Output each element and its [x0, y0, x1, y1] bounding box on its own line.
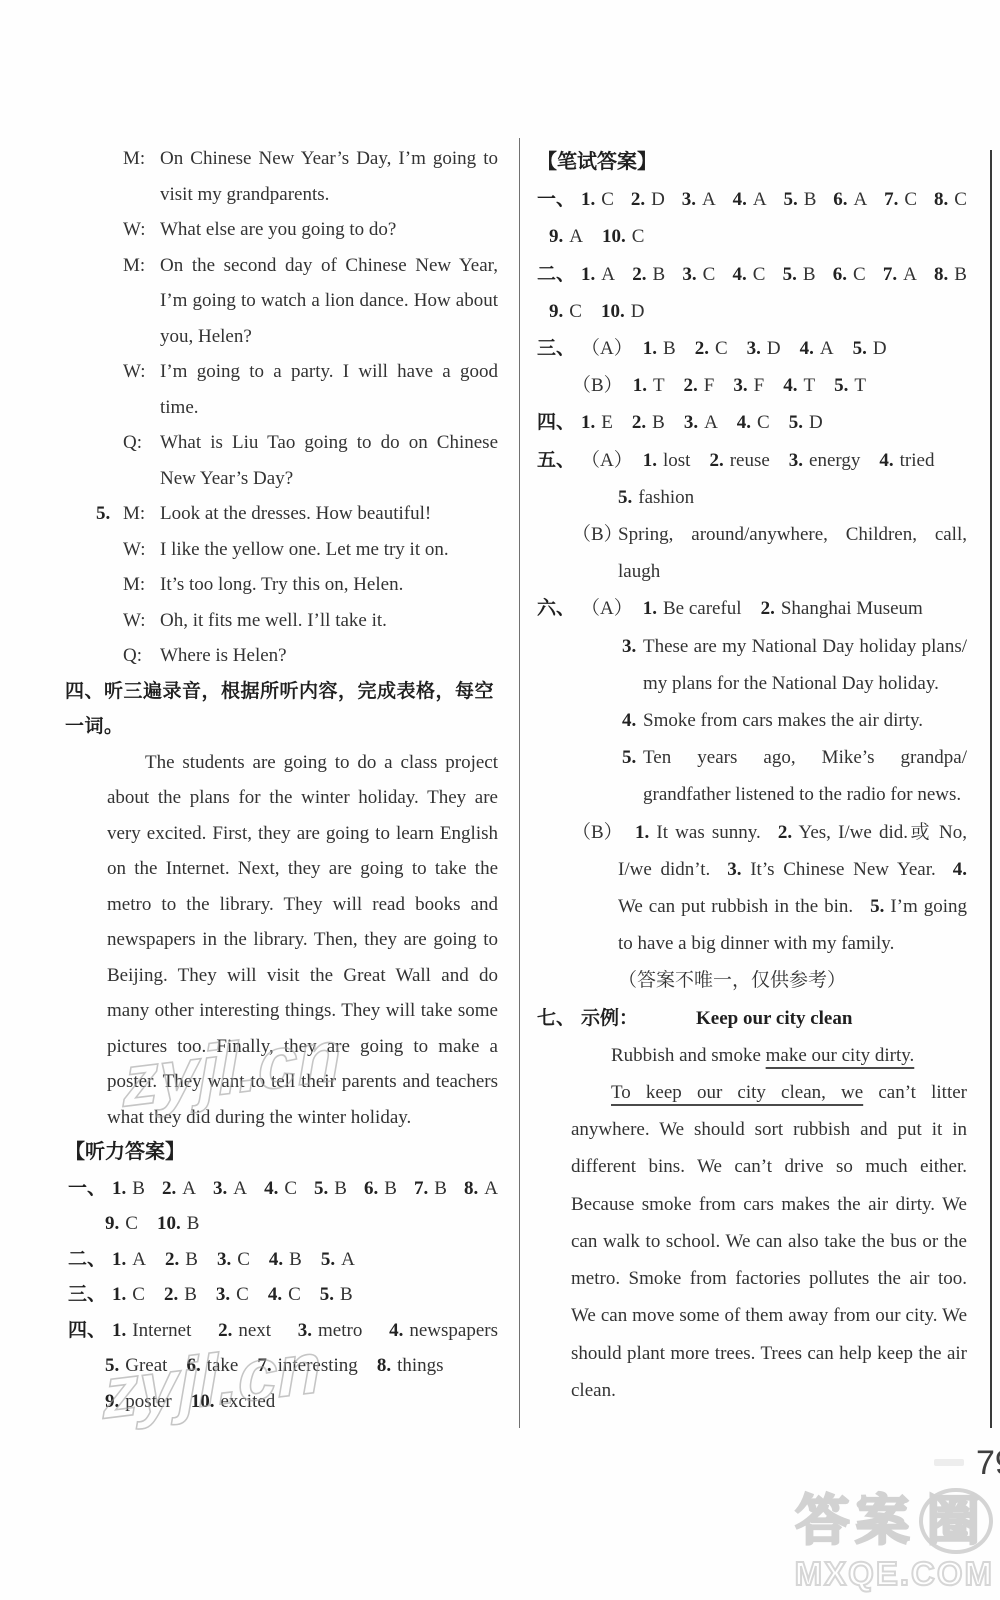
item-number: 5.: [834, 375, 848, 396]
answer-item: 2.D: [631, 181, 665, 218]
item-value: fashion: [638, 487, 694, 508]
row-enumerator: 二、: [537, 256, 575, 293]
answer-items: 1.T2.F3.F4.T5.T: [633, 367, 866, 404]
answer-item: 4.C: [732, 256, 765, 293]
answer-item: 5.D: [853, 330, 887, 367]
item-value: B: [652, 264, 665, 285]
watermark-logo-title: 答案圈: [795, 1488, 994, 1555]
answer-item: 9.C: [105, 1206, 138, 1242]
sample-label: 示例：: [581, 1000, 638, 1037]
item-value: A: [132, 1249, 146, 1270]
item-number: 2.: [684, 375, 698, 396]
item-number: 3.: [789, 450, 803, 471]
dialogue-text: On Chinese New Year’s Day, I’m going to …: [160, 148, 498, 205]
dialogue-text: Where is Helen?: [160, 645, 287, 666]
dialogue-line: M:On Chinese New Year’s Day, I’m going t…: [62, 141, 498, 212]
speaker-label: M:: [123, 248, 145, 284]
item-value: B: [434, 1178, 447, 1199]
answer-items: 1.C2.D3.A4.A5.B6.A7.C8.C: [581, 181, 967, 218]
item-number: 2.: [709, 450, 723, 471]
item-value: C: [237, 1249, 250, 1270]
item-number: 1.: [581, 189, 595, 210]
answer-row: 二、 1.A2.B3.C4.C5.B6.C7.A8.B: [537, 256, 967, 293]
item-number: 3.: [684, 412, 698, 433]
answer-items: 1.C2.B3.C4.C5.B: [112, 1277, 353, 1313]
item-value: B: [803, 264, 816, 285]
listening-answers-header: 【听力答案】: [65, 1135, 498, 1171]
essay-title: Keep our city clean: [696, 1000, 852, 1037]
segment-text: can’t litter anywhere. We should sort ru…: [571, 1082, 967, 1401]
answer-item: 5.T: [834, 367, 866, 404]
item-number: 8.: [934, 189, 948, 210]
answer-item: 8.C: [934, 181, 967, 218]
item-number: 2.: [761, 598, 775, 619]
answer-item: 6.C: [833, 256, 866, 293]
dialogue-text: On the second day of Chinese New Year, I…: [160, 255, 498, 347]
answer-item: 1.B: [112, 1171, 145, 1207]
row-enumerator: 二、: [68, 1242, 106, 1278]
answer-item: 8.B: [934, 256, 967, 293]
answer-item: 9.A: [549, 218, 583, 255]
speaker-label: Q:: [123, 638, 142, 674]
item-value: C: [288, 1284, 301, 1305]
segment-text: It’s Chinese New Year.: [742, 859, 936, 880]
answer-item: 2.reuse: [709, 442, 769, 479]
answer-row: 五、 （A） 1.lost2.reuse3.energy4.tried: [537, 442, 967, 479]
answer-item: 7.C: [884, 181, 917, 218]
answer-row-continuation: 9.C10.B: [68, 1206, 498, 1242]
item-value: C: [954, 189, 967, 210]
item-number: 1.: [112, 1320, 126, 1341]
item-value: A: [903, 264, 917, 285]
answer-item: 3.C: [682, 256, 715, 293]
answer-item: 8.A: [464, 1171, 498, 1207]
column-divider-line: [519, 138, 520, 1428]
item-value: D: [809, 412, 823, 433]
item-value: T: [653, 375, 665, 396]
answer-item: 2.B: [165, 1242, 198, 1278]
item-value: D: [873, 338, 887, 359]
text-segment: 5.: [853, 896, 884, 917]
item-value: D: [651, 189, 665, 210]
answer-items: 9.C10.B: [105, 1206, 199, 1242]
dialogue-text: Look at the dresses. How beautiful!: [160, 503, 431, 524]
dialogue-line: 5.M:Look at the dresses. How beautiful!: [62, 496, 498, 532]
sentence-text: Ten years ago, Mike’s grandpa/​grandfath…: [643, 747, 967, 805]
listening-dialogue: M:On Chinese New Year’s Day, I’m going t…: [62, 141, 498, 674]
answer-row: 三、 （A） 1.B2.C3.D4.A5.D: [537, 330, 967, 367]
answer-item: 2.C: [695, 330, 728, 367]
item-value: lost: [663, 450, 690, 471]
answer-item: 2.B: [632, 404, 665, 441]
row-enumerator: 六、: [537, 590, 575, 627]
text-segment: 3.: [710, 859, 741, 880]
underlined-text: To keep our city clean, we: [611, 1082, 863, 1103]
answer-item: 3.D: [747, 330, 781, 367]
item-number: 1.: [643, 450, 657, 471]
item-number: 4.: [269, 1249, 283, 1270]
answer-item: 1.C: [581, 181, 614, 218]
answer-row: 四、 1.E2.B3.A4.C5.D: [537, 404, 967, 441]
item-value: F: [704, 375, 715, 396]
answer-item: 1.A: [112, 1242, 146, 1278]
item-value: things: [397, 1355, 443, 1376]
item-number: 4.: [389, 1320, 403, 1341]
item-number: 1.: [112, 1249, 126, 1270]
answer-item: 5.B: [314, 1171, 347, 1207]
item-value: T: [803, 375, 815, 396]
item-value: C: [757, 412, 770, 433]
answer-item: 10.D: [601, 293, 644, 330]
item-number: 4.: [879, 450, 893, 471]
text-segment: 4.: [936, 859, 967, 880]
item-number: 3.: [733, 375, 747, 396]
answer-row: 一、 1.B2.A3.A4.C5.B6.B7.B8.A: [68, 1171, 498, 1207]
part-b-label: （B）: [572, 367, 623, 404]
answer-item: 10.B: [157, 1206, 199, 1242]
item-number: 6.: [833, 264, 847, 285]
item-value: A: [484, 1178, 498, 1199]
item-value: energy: [809, 450, 860, 471]
speaker-label: W:: [123, 212, 146, 248]
answer-item: 4.A: [733, 181, 767, 218]
item-number: 2.: [165, 1249, 179, 1270]
answer-item: 2.B: [164, 1277, 197, 1313]
answer-item: 3.energy: [789, 442, 861, 479]
item-number: 4.: [800, 338, 814, 359]
item-value: E: [601, 412, 613, 433]
item-number: 6.: [364, 1178, 378, 1199]
item-number: 10.: [601, 301, 625, 322]
dialogue-line: Q:Where is Helen?: [62, 638, 498, 674]
item-number: 8.: [377, 1355, 391, 1376]
item-number: 10.: [157, 1213, 181, 1234]
part-b-text: Spring, around/anywhere, Children, call,…: [618, 524, 967, 582]
item-value: B: [334, 1178, 347, 1199]
item-value: B: [184, 1284, 197, 1305]
numbered-answer-sentence: 5.Ten years ago, Mike’s grandpa/​grandfa…: [537, 739, 967, 813]
answer-item: 1.T: [633, 367, 665, 404]
item-number: 1.: [581, 264, 595, 285]
answer-site-watermark: 答案圈 MXQE.COM: [795, 1488, 994, 1592]
item-number: 1.: [643, 338, 657, 359]
item-value: B: [804, 189, 817, 210]
item-value: C: [236, 1284, 249, 1305]
answer-items: 1.lost2.reuse3.energy4.tried: [643, 442, 935, 479]
item-value: B: [289, 1249, 302, 1270]
segment-number: 4.: [953, 859, 967, 880]
segment-number: 5.: [870, 896, 884, 917]
item-number: 1.: [581, 412, 595, 433]
item-number: 4.: [732, 264, 746, 285]
essay-paragraph: To keep our city clean, we can’t litter …: [571, 1074, 967, 1409]
item-value: C: [284, 1178, 297, 1199]
answer-item: 1.lost: [643, 442, 691, 479]
item-value: A: [569, 226, 583, 247]
text-segment: Rubbish and smoke: [611, 1045, 766, 1066]
item-value: B: [384, 1178, 397, 1199]
dialogue-line: M:On the second day of Chinese New Year,…: [62, 248, 498, 355]
answer-row: 二、 1.A2.B3.C4.B5.A: [68, 1242, 498, 1278]
item-number: 3.: [682, 264, 696, 285]
item-value: T: [854, 375, 866, 396]
dialogue-line: Q:What is Liu Tao going to do on Chinese…: [62, 425, 498, 496]
part-a-sentences: 3.These are my National Day holiday plan…: [537, 628, 967, 814]
answer-item: 3.A: [682, 181, 716, 218]
item-value: tried: [900, 450, 935, 471]
answer-item: 7.B: [414, 1171, 447, 1207]
dialogue-line: W:I’m going to a party. I will have a go…: [62, 354, 498, 425]
page-number: 79: [976, 1444, 1000, 1483]
dialogue-text: I’m going to a party. I will have a good…: [160, 361, 498, 418]
item-number: 9.: [549, 301, 563, 322]
text-segment: make our city dirty.: [766, 1045, 915, 1066]
answer-item: 7.A: [883, 256, 917, 293]
item-value: A: [341, 1249, 355, 1270]
answer-items: 9.C10.D: [549, 293, 644, 330]
answer-item: 9.C: [549, 293, 582, 330]
answer-item: 4.C: [264, 1171, 297, 1207]
item-value: D: [631, 301, 645, 322]
item-value: A: [854, 189, 868, 210]
answer-item: 5.A: [321, 1242, 355, 1278]
dialogue-text: Oh, it fits me well. I’ll take it.: [160, 610, 387, 631]
dialogue-text: I like the yellow one. Let me try it on.: [160, 539, 449, 560]
item-number: 2.: [632, 412, 646, 433]
item-number: 2.: [695, 338, 709, 359]
part-b-segments: 1. It was sunny.2. Yes, I/we did.或 No, I…: [618, 822, 967, 955]
answer-item: 5.D: [789, 404, 823, 441]
answer-item: 4.tried: [879, 442, 934, 479]
page-edge-line: [990, 150, 992, 1428]
item-value: C: [601, 189, 614, 210]
answer-items: 1.E2.B3.A4.C5.D: [581, 404, 823, 441]
text-segment: 2.: [761, 822, 792, 843]
item-number: 5.: [789, 412, 803, 433]
speaker-label: Q:: [123, 425, 142, 461]
item-value: A: [704, 412, 718, 433]
item-number: 3.: [213, 1178, 227, 1199]
item-value: C: [125, 1213, 138, 1234]
item-number: 5.: [853, 338, 867, 359]
part-b-answer-block: （B）1. It was sunny.2. Yes, I/we did.或 No…: [537, 814, 967, 963]
item-value: B: [954, 264, 967, 285]
text-segment: We can put rubbish in the bin.: [618, 896, 853, 917]
row-enumerator: 五、: [537, 442, 575, 479]
row-enumerator: 四、: [68, 1313, 106, 1349]
answer-item: 4.T: [783, 367, 815, 404]
part-b-label: （B）: [572, 516, 623, 553]
answer-row: 一、 1.C2.D3.A4.A5.B6.A7.C8.C: [537, 181, 967, 218]
item-number: 2.: [162, 1178, 176, 1199]
item-value: D: [767, 338, 781, 359]
item-number: 2.: [632, 264, 646, 285]
item-value: B: [187, 1213, 200, 1234]
item-number: 4.: [733, 189, 747, 210]
sentence-text: Smoke from cars makes the air dirty.: [643, 710, 923, 731]
item-number: 5.: [618, 487, 632, 508]
row-enumerator: 三、: [68, 1277, 106, 1313]
essay-header-row: 七、 示例： Keep our city clean: [537, 1000, 967, 1037]
item-number: 4.: [783, 375, 797, 396]
answer-item: 1.A: [581, 256, 615, 293]
item-value: A: [753, 189, 767, 210]
item-number: 1.: [112, 1178, 126, 1199]
answer-items: 9.A10.C: [549, 218, 644, 255]
answer-item: 2.Shanghai Museum: [761, 590, 923, 627]
essay-paragraph: Rubbish and smoke make our city dirty.: [571, 1037, 967, 1074]
answer-item: 3.C: [217, 1242, 250, 1278]
part-a-label: （A）: [581, 330, 633, 367]
item-value: C: [853, 264, 866, 285]
answer-row-continuation: 9.A10.C: [537, 218, 967, 255]
row-enumerator: 三、: [537, 330, 575, 367]
item-number: 7.: [883, 264, 897, 285]
answer-row: 三、 1.C2.B3.C4.C5.B: [68, 1277, 498, 1313]
speaker-label: M:: [123, 141, 145, 177]
segment-number: 2.: [778, 822, 792, 843]
answer-item: 3.A: [213, 1171, 247, 1207]
item-number: 3.: [747, 338, 761, 359]
item-number: 5.: [783, 189, 797, 210]
row-enumerator: 一、: [68, 1171, 106, 1207]
answer-item: 4.newspapers: [389, 1313, 498, 1349]
answer-item: 5.B: [783, 181, 816, 218]
item-value: B: [663, 338, 676, 359]
answer-item: 1.B: [643, 330, 676, 367]
answer-item: 1.C: [112, 1277, 145, 1313]
dialogue-number: 5.: [96, 496, 110, 532]
answer-item: 6.B: [364, 1171, 397, 1207]
answer-item: 5.fashion: [618, 479, 694, 516]
item-number: 4.: [622, 702, 636, 739]
answer-row: （B） 1.T2.F3.F4.T5.T: [537, 367, 967, 404]
item-number: 1.: [112, 1284, 126, 1305]
item-value: A: [820, 338, 834, 359]
answer-item: 6.A: [833, 181, 867, 218]
answer-item: 5.B: [783, 256, 816, 293]
answer-item: 3.C: [216, 1277, 249, 1313]
segment-text: Rubbish and smoke: [611, 1045, 766, 1066]
item-number: 3.: [622, 628, 636, 665]
part-b-answer-block: （B） Spring, around/anywhere, Children, c…: [537, 516, 967, 590]
underlined-text: make our city dirty.: [766, 1045, 915, 1066]
dialogue-line: W:Oh, it fits me well. I’ll take it.: [62, 603, 498, 639]
item-value: A: [233, 1178, 247, 1199]
answer-item: 4.C: [737, 404, 770, 441]
sample-essay: Rubbish and smoke make our city dirty. T…: [571, 1037, 967, 1409]
item-number: 8.: [934, 264, 948, 285]
item-value: Shanghai Museum: [781, 598, 923, 619]
text-segment: It was sunny.: [649, 822, 761, 843]
answer-item: 5.B: [320, 1277, 353, 1313]
faint-stamp-mark: [934, 1459, 964, 1466]
item-value: metro: [318, 1320, 362, 1341]
item-number: 2.: [164, 1284, 178, 1305]
answer-items: 5.fashion: [618, 479, 694, 516]
answer-item: 2.B: [632, 256, 665, 293]
item-value: reuse: [730, 450, 770, 471]
item-number: 5.: [622, 739, 636, 776]
item-number: 4.: [264, 1178, 278, 1199]
item-number: 9.: [549, 226, 563, 247]
speaker-label: W:: [123, 354, 146, 390]
answer-items: 1.B2.C3.D4.A5.D: [643, 330, 887, 367]
answer-items: 1.A2.B3.C4.C5.B6.C7.A8.B: [581, 256, 967, 293]
dialogue-text: What else are you going to do?: [160, 219, 396, 240]
item-value: C: [715, 338, 728, 359]
item-value: A: [182, 1178, 196, 1199]
row-enumerator: 一、: [537, 181, 575, 218]
item-value: B: [132, 1178, 145, 1199]
item-value: C: [904, 189, 917, 210]
numbered-answer-sentence: 4.Smoke from cars makes the air dirty.: [537, 702, 967, 739]
answer-item: 3.F: [733, 367, 764, 404]
answer-items: 1.B2.A3.A4.C5.B6.B7.B8.A: [112, 1171, 498, 1207]
speaker-label: M:: [123, 567, 145, 603]
left-column: M:On Chinese New Year’s Day, I’m going t…: [62, 141, 498, 1419]
item-value: A: [601, 264, 615, 285]
answer-item: 3.A: [684, 404, 718, 441]
item-number: 5.: [314, 1178, 328, 1199]
logo-circled-character: 圈: [919, 1488, 993, 1555]
item-value: C: [569, 301, 582, 322]
item-number: 7.: [414, 1178, 428, 1199]
part-a-label: （A）: [581, 442, 633, 479]
item-value: B: [185, 1249, 198, 1270]
item-value: A: [702, 189, 716, 210]
answer-item: 8.things: [377, 1348, 444, 1384]
segment-number: 3.: [727, 859, 741, 880]
item-number: 4.: [268, 1284, 282, 1305]
item-value: Be careful: [663, 598, 742, 619]
scanned-answer-page: M:On Chinese New Year’s Day, I’m going t…: [0, 0, 1000, 1600]
item-value: B: [652, 412, 665, 433]
item-number: 10.: [602, 226, 626, 247]
answer-note: （答案不唯一，仅供参考）: [537, 962, 967, 999]
item-number: 1.: [643, 598, 657, 619]
item-number: 5.: [783, 264, 797, 285]
dialogue-text: It’s too long. Try this on, Helen.: [160, 574, 403, 595]
item-value: B: [340, 1284, 353, 1305]
answer-row-continuation: 5.fashion: [537, 479, 967, 516]
logo-text: 答案: [795, 1491, 915, 1551]
right-column: 【笔试答案】 一、 1.C2.D3.A4.A5.B6.A7.C8.C 9.A10…: [537, 144, 967, 1409]
item-number: 3.: [216, 1284, 230, 1305]
watermark-logo-site: MXQE.COM: [795, 1557, 994, 1592]
item-number: 5.: [321, 1249, 335, 1270]
answer-items: 1.Be careful2.Shanghai Museum: [643, 590, 923, 627]
answer-item: 2.F: [684, 367, 715, 404]
text-segment: can’t litter anywhere. We should sort ru…: [571, 1082, 967, 1401]
numbered-answer-sentence: 3.These are my National Day holiday plan…: [537, 628, 967, 702]
dialogue-line: W:What else are you going to do?: [62, 212, 498, 248]
item-number: 3.: [682, 189, 696, 210]
item-number: 4.: [737, 412, 751, 433]
speaker-label: W:: [123, 603, 146, 639]
answer-item: 4.B: [269, 1242, 302, 1278]
item-number: 7.: [884, 189, 898, 210]
item-number: 5.: [320, 1284, 334, 1305]
speaker-label: M:: [123, 496, 145, 532]
item-value: C: [703, 264, 716, 285]
dialogue-text: What is Liu Tao going to do on Chinese N…: [160, 432, 498, 489]
item-number: 1.: [633, 375, 647, 396]
item-number: 6.: [833, 189, 847, 210]
answer-row: 六、 （A） 1.Be careful2.Shanghai Museum: [537, 590, 967, 627]
listening-section4-header: 四、听三遍录音，根据所听内容，完成表格，每空一词。: [65, 674, 498, 745]
written-answers-header: 【笔试答案】: [537, 144, 967, 181]
